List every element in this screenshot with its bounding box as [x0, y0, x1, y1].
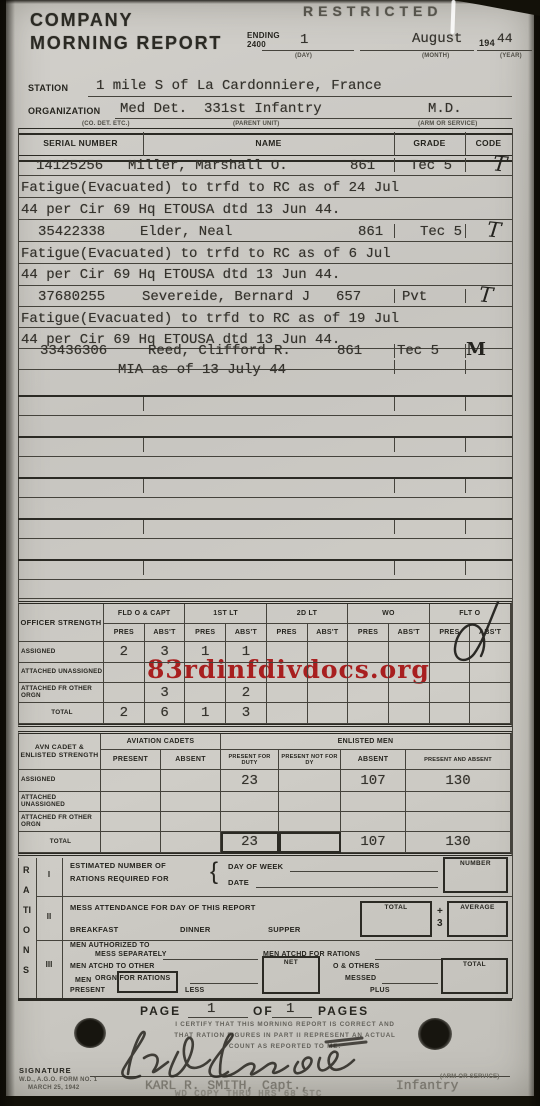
table-cell — [348, 663, 389, 683]
sub-pres: PRES — [104, 624, 145, 642]
entry-note: Fatigue(Evacuated) to trfd to RC as of 6… — [21, 246, 391, 262]
month-sub-label: (MONTH) — [422, 53, 449, 59]
year-value: 44 — [497, 31, 513, 46]
ruled-line — [18, 477, 512, 479]
form-number-line-1: W.D., A.G.O. FORM NO. 1 — [19, 1077, 97, 1083]
roster-header-serial: SERIAL NUMBER — [18, 138, 143, 148]
entry-serial: 35422338 — [38, 224, 105, 240]
entry-mos: 861 — [358, 224, 383, 240]
table-cell — [406, 812, 511, 832]
sub-present: PRESENT — [101, 750, 161, 770]
average-box: AVERAGE — [447, 901, 508, 937]
rations-brace: { — [210, 858, 218, 886]
roster-top-rule — [18, 128, 512, 135]
total-box-2: TOTAL — [441, 958, 508, 994]
arm-or-service-sub-label: (ARM OR SERVICE) — [440, 1074, 499, 1080]
ruled-line — [18, 327, 512, 328]
entry-grade: Tec 5 — [397, 343, 439, 359]
men-label: MEN — [75, 977, 91, 984]
column-tick — [465, 438, 466, 452]
men-present-box — [117, 971, 178, 993]
table-cell — [430, 683, 471, 703]
sub-present-and-absent: PRESENT AND ABSENT — [406, 750, 511, 770]
hole-punch-right — [418, 1018, 452, 1050]
table-cell — [308, 703, 349, 724]
table-cell — [389, 663, 430, 683]
column-tick — [143, 397, 144, 411]
group-fldo-capt: FLD O & CAPT — [104, 604, 185, 624]
table-cell — [389, 642, 430, 663]
date-line — [256, 887, 438, 888]
table-cell — [185, 663, 226, 683]
sub-abst: ABS'T — [308, 624, 349, 642]
group-2d-lt: 2D LT — [267, 604, 348, 624]
typed-officer-arm: Infantry — [396, 1078, 458, 1093]
plus-label: PLUS — [370, 987, 390, 994]
entry-mos: 861 — [350, 158, 375, 174]
ruled-line — [18, 219, 512, 220]
men-authorized-label: MEN AUTHORIZED TO — [70, 942, 150, 949]
column-tick — [143, 438, 144, 452]
table-cell — [470, 683, 511, 703]
page-underline — [188, 1017, 248, 1018]
table-cell — [161, 832, 221, 853]
group-aviation-cadets: AVIATION CADETS — [101, 734, 221, 750]
entry-mos: 657 — [336, 289, 361, 305]
table-cell: 107 — [341, 770, 406, 792]
table-cell — [430, 703, 471, 724]
column-tick — [394, 438, 395, 452]
table-cell — [470, 703, 511, 724]
pages-underline — [272, 1017, 312, 1018]
year-sub-label: (YEAR) — [500, 53, 522, 59]
entry-code-mark: T — [486, 217, 502, 242]
sub-pres: PRES — [348, 624, 389, 642]
table-cell — [101, 812, 161, 832]
group-1st-lt: 1ST LT — [185, 604, 266, 624]
form-number-line-2: MARCH 25, 1942 — [28, 1085, 80, 1091]
table-cell: 1 — [226, 642, 267, 663]
signature-label: SIGNATURE — [19, 1066, 72, 1075]
column-tick — [394, 289, 395, 303]
table-cell — [221, 812, 279, 832]
entry-name: Severeide, Bernard J — [142, 289, 310, 305]
ruled-line — [18, 559, 512, 561]
table-cell — [308, 683, 349, 703]
row-label: TOTAL — [19, 703, 104, 724]
entry-mos: 861 — [337, 343, 362, 359]
table-cell — [161, 812, 221, 832]
messed-label: MESSED — [345, 975, 376, 982]
present-label: PRESENT — [70, 987, 105, 994]
faint-copy-stamp: WD COPY THRU HRS 68 STC — [175, 1089, 322, 1099]
entry-note: MIA as of 13 July 44 — [118, 362, 286, 378]
column-tick — [465, 289, 466, 303]
entry-note: 44 per Cir 69 Hq ETOUSA dtd 13 Jun 44. — [21, 202, 340, 218]
table-cell — [101, 792, 161, 812]
ruled-line — [18, 415, 512, 416]
table-cell — [267, 642, 308, 663]
table-cell — [185, 683, 226, 703]
page-label: PAGE — [140, 1004, 181, 1018]
of-label: OF — [253, 1004, 274, 1018]
column-tick — [143, 479, 144, 493]
ending-label: ENDING — [247, 31, 280, 40]
pages-value: 1 — [286, 1001, 294, 1017]
page-value: 1 — [207, 1001, 215, 1017]
entry-note: Fatigue(Evacuated) to trfd to RC as of 2… — [21, 180, 399, 196]
entry-grade: Tec 5 — [410, 158, 452, 174]
rations-side-label: RATIONS — [23, 860, 33, 980]
ruled-line — [18, 518, 512, 520]
divide-by: 3 — [437, 918, 443, 929]
row-label: ATTACHED FR OTHER ORGN — [19, 683, 104, 703]
entry-grade: Pvt — [402, 289, 427, 305]
handwritten-flourish — [445, 598, 515, 668]
table-cell — [161, 792, 221, 812]
sub-abst: ABS'T — [389, 624, 430, 642]
day-underline — [262, 50, 354, 51]
table-cell — [308, 642, 349, 663]
ruled-line — [18, 395, 512, 397]
sub-present-for-duty: PRESENT FOR DUTY — [221, 750, 279, 770]
row-label: ATTACHED UNASSIGNED — [19, 792, 101, 812]
entry-serial: 14125256 — [36, 158, 103, 174]
table-cell — [389, 683, 430, 703]
net-box: NET — [262, 956, 320, 994]
entry-grade: Tec 5 — [420, 224, 462, 240]
ruled-line — [18, 497, 512, 498]
roster-header-name: NAME — [143, 138, 394, 148]
column-tick — [465, 224, 466, 238]
rations-roman-2: II — [40, 912, 58, 921]
form-title-line2: MORNING REPORT — [30, 33, 222, 54]
messed-line — [382, 983, 438, 984]
breakfast-label: BREAKFAST — [70, 925, 119, 934]
ruled-line — [18, 285, 512, 286]
column-tick — [465, 520, 466, 534]
entry-code-mark: T — [492, 151, 508, 176]
group-enlisted-men: ENLISTED MEN — [221, 734, 511, 750]
table-cell — [161, 770, 221, 792]
column-tick — [394, 479, 395, 493]
table-cell: 130 — [406, 770, 511, 792]
table-cell: 1 — [185, 642, 226, 663]
pages-label: PAGES — [318, 1004, 369, 1018]
table-cell — [104, 663, 145, 683]
column-tick — [394, 344, 395, 358]
day-value: 1 — [300, 32, 308, 48]
organization-label: ORGANIZATION — [28, 106, 100, 116]
ruled-line — [18, 538, 512, 539]
org-sub-arm: (ARM OR SERVICE) — [418, 121, 477, 127]
ruled-line — [18, 175, 512, 176]
dinner-label: DINNER — [180, 925, 211, 934]
rations-estimated-label-1: ESTIMATED NUMBER OF — [70, 861, 166, 870]
rations-roman-1: I — [40, 870, 58, 879]
year-prefix: 194 — [479, 38, 495, 48]
table-cell — [279, 812, 341, 832]
rations-bottom-rule — [18, 998, 512, 1001]
column-tick — [394, 360, 395, 374]
rations-row-divider-1 — [36, 896, 512, 897]
entry-serial: 33436306 — [40, 343, 107, 359]
table-cell: 107 — [341, 832, 406, 853]
column-tick — [465, 360, 466, 374]
table-cell — [308, 663, 349, 683]
entry-note: 44 per Cir 69 Hq ETOUSA dtd 13 Jun 44. — [21, 267, 340, 283]
ruled-line — [18, 436, 512, 438]
group-wo: WO — [348, 604, 429, 624]
entry-serial: 37680255 — [38, 289, 105, 305]
column-tick — [394, 397, 395, 411]
restricted-stamp: RESTRICTED — [303, 3, 442, 19]
cert-line-1: I CERTIFY THAT THIS MORNING REPORT IS CO… — [120, 1021, 450, 1028]
row-label: ATTACHED UNASSIGNED — [19, 663, 104, 683]
station-underline — [88, 96, 512, 97]
table-cell — [348, 703, 389, 724]
ending-2400-label: 2400 — [247, 40, 266, 49]
supper-label: SUPPER — [268, 925, 301, 934]
table-cell — [341, 792, 406, 812]
day-of-week-label: DAY OF WEEK — [228, 862, 283, 871]
rations-estimated-label-2: RATIONS REQUIRED FOR — [70, 874, 169, 883]
column-tick — [394, 224, 395, 238]
entry-code-mark: M — [466, 339, 486, 360]
table-cell: 3 — [145, 642, 186, 663]
roster-header-grade: GRADE — [394, 138, 465, 148]
orgn-for-rations-line — [190, 983, 258, 984]
entry-name: Elder, Neal — [140, 224, 232, 240]
total-box: TOTAL — [360, 901, 432, 937]
table-cell — [267, 663, 308, 683]
organization-underline — [115, 118, 512, 119]
table-cell: 2 — [104, 703, 145, 724]
day-of-week-line — [290, 871, 438, 872]
ruled-line — [18, 263, 512, 264]
table-cell — [279, 792, 341, 812]
table-cell — [348, 642, 389, 663]
table-cell: 23 — [221, 770, 279, 792]
ruled-line — [18, 197, 512, 198]
sub-pres: PRES — [267, 624, 308, 642]
scanned-morning-report: RESTRICTED COMPANY MORNING REPORT ENDING… — [0, 0, 540, 1106]
enlisted-table-title: AVN CADET & ENLISTED STRENGTH — [19, 734, 101, 770]
table-cell — [389, 703, 430, 724]
rations-divider-2 — [62, 858, 63, 999]
table-cell: 3 — [226, 703, 267, 724]
column-tick — [465, 397, 466, 411]
enlisted-strength-table: AVN CADET & ENLISTED STRENGTH AVIATION C… — [18, 731, 512, 856]
entry-name: Reed, Clifford R. — [148, 343, 291, 359]
row-label: ASSIGNED — [19, 642, 104, 663]
column-tick — [394, 561, 395, 575]
day-sub-label: (DAY) — [295, 53, 312, 59]
column-tick — [465, 479, 466, 493]
sub-pres: PRES — [185, 624, 226, 642]
o-and-others-label: O & OTHERS — [333, 963, 380, 970]
less-label: LESS — [185, 987, 204, 994]
organization-arm-value: M.D. — [428, 101, 462, 117]
table-cell: 2 — [226, 683, 267, 703]
ruled-line — [18, 579, 512, 580]
column-tick — [143, 520, 144, 534]
rations-divider-1 — [36, 858, 37, 999]
divide-sign: + — [437, 906, 443, 917]
entry-code-mark: T — [478, 282, 494, 307]
table-cell — [226, 663, 267, 683]
station-value: 1 mile S of La Cardonniere, France — [96, 78, 382, 94]
table-cell — [101, 832, 161, 853]
table-cell — [221, 792, 279, 812]
mess-separately-line — [163, 959, 258, 960]
year-underline — [477, 50, 532, 51]
roster-header-code: CODE — [465, 138, 512, 148]
table-cell: 23 — [221, 832, 279, 853]
row-label: TOTAL — [19, 832, 101, 853]
ruled-line — [18, 306, 512, 307]
officer-strength-table: OFFICER STRENGTH FLD O & CAPT 1ST LT 2D … — [18, 601, 512, 727]
table-cell: 3 — [145, 683, 186, 703]
station-label: STATION — [28, 83, 68, 93]
men-atchd-rations-line — [375, 959, 448, 960]
table-cell — [406, 792, 511, 812]
entry-note: Fatigue(Evacuated) to trfd to RC as of 1… — [21, 311, 399, 327]
date-label: DATE — [228, 878, 249, 887]
row-label: ATTACHED FR OTHER ORGN — [19, 812, 101, 832]
ruled-line — [18, 456, 512, 457]
month-underline — [360, 50, 474, 51]
column-tick — [394, 158, 395, 172]
sub-absent-em: ABSENT — [341, 750, 406, 770]
org-sub-parent: (PARENT UNIT) — [233, 121, 279, 127]
entry-name: Miller, Marshall O. — [128, 158, 288, 174]
table-cell — [145, 663, 186, 683]
org-sub-co: (CO. DET. ETC.) — [82, 121, 130, 127]
table-cell — [267, 703, 308, 724]
number-box: NUMBER — [443, 857, 508, 893]
ruled-line — [18, 598, 512, 599]
table-cell: 130 — [406, 832, 511, 853]
organization-value: Med Det. 331st Infantry — [120, 101, 322, 117]
form-left-border — [18, 128, 19, 601]
officer-table-title: OFFICER STRENGTH — [19, 604, 104, 642]
month-value: August — [412, 31, 462, 47]
column-tick — [465, 158, 466, 172]
table-cell — [101, 770, 161, 792]
column-tick — [394, 520, 395, 534]
table-cell: 2 — [104, 642, 145, 663]
table-cell — [104, 683, 145, 703]
rations-row-divider-2 — [36, 940, 512, 941]
table-cell — [267, 683, 308, 703]
table-cell — [348, 683, 389, 703]
sub-abst: ABS'T — [145, 624, 186, 642]
rations-left-border — [18, 858, 19, 999]
table-cell — [279, 832, 341, 853]
table-cell: 1 — [185, 703, 226, 724]
rations-roman-3: III — [40, 960, 58, 969]
mess-separately-label: MESS SEPARATELY — [95, 951, 167, 958]
table-cell: 6 — [145, 703, 186, 724]
sub-absent: ABSENT — [161, 750, 221, 770]
column-tick — [143, 561, 144, 575]
ruled-line — [18, 241, 512, 242]
table-cell — [279, 770, 341, 792]
sub-present-not-for-dy: PRESENT NOT FOR DY — [279, 750, 341, 770]
signature-scrawl — [100, 1028, 400, 1088]
form-title-line1: COMPANY — [30, 10, 133, 31]
men-atchd-other-label: MEN ATCHD TO OTHER — [70, 963, 155, 970]
column-tick — [465, 561, 466, 575]
table-cell — [341, 812, 406, 832]
sub-abst: ABS'T — [226, 624, 267, 642]
mess-attendance-label: MESS ATTENDANCE FOR DAY OF THIS REPORT — [70, 903, 256, 912]
form-right-border — [512, 128, 513, 999]
row-label: ASSIGNED — [19, 770, 101, 792]
